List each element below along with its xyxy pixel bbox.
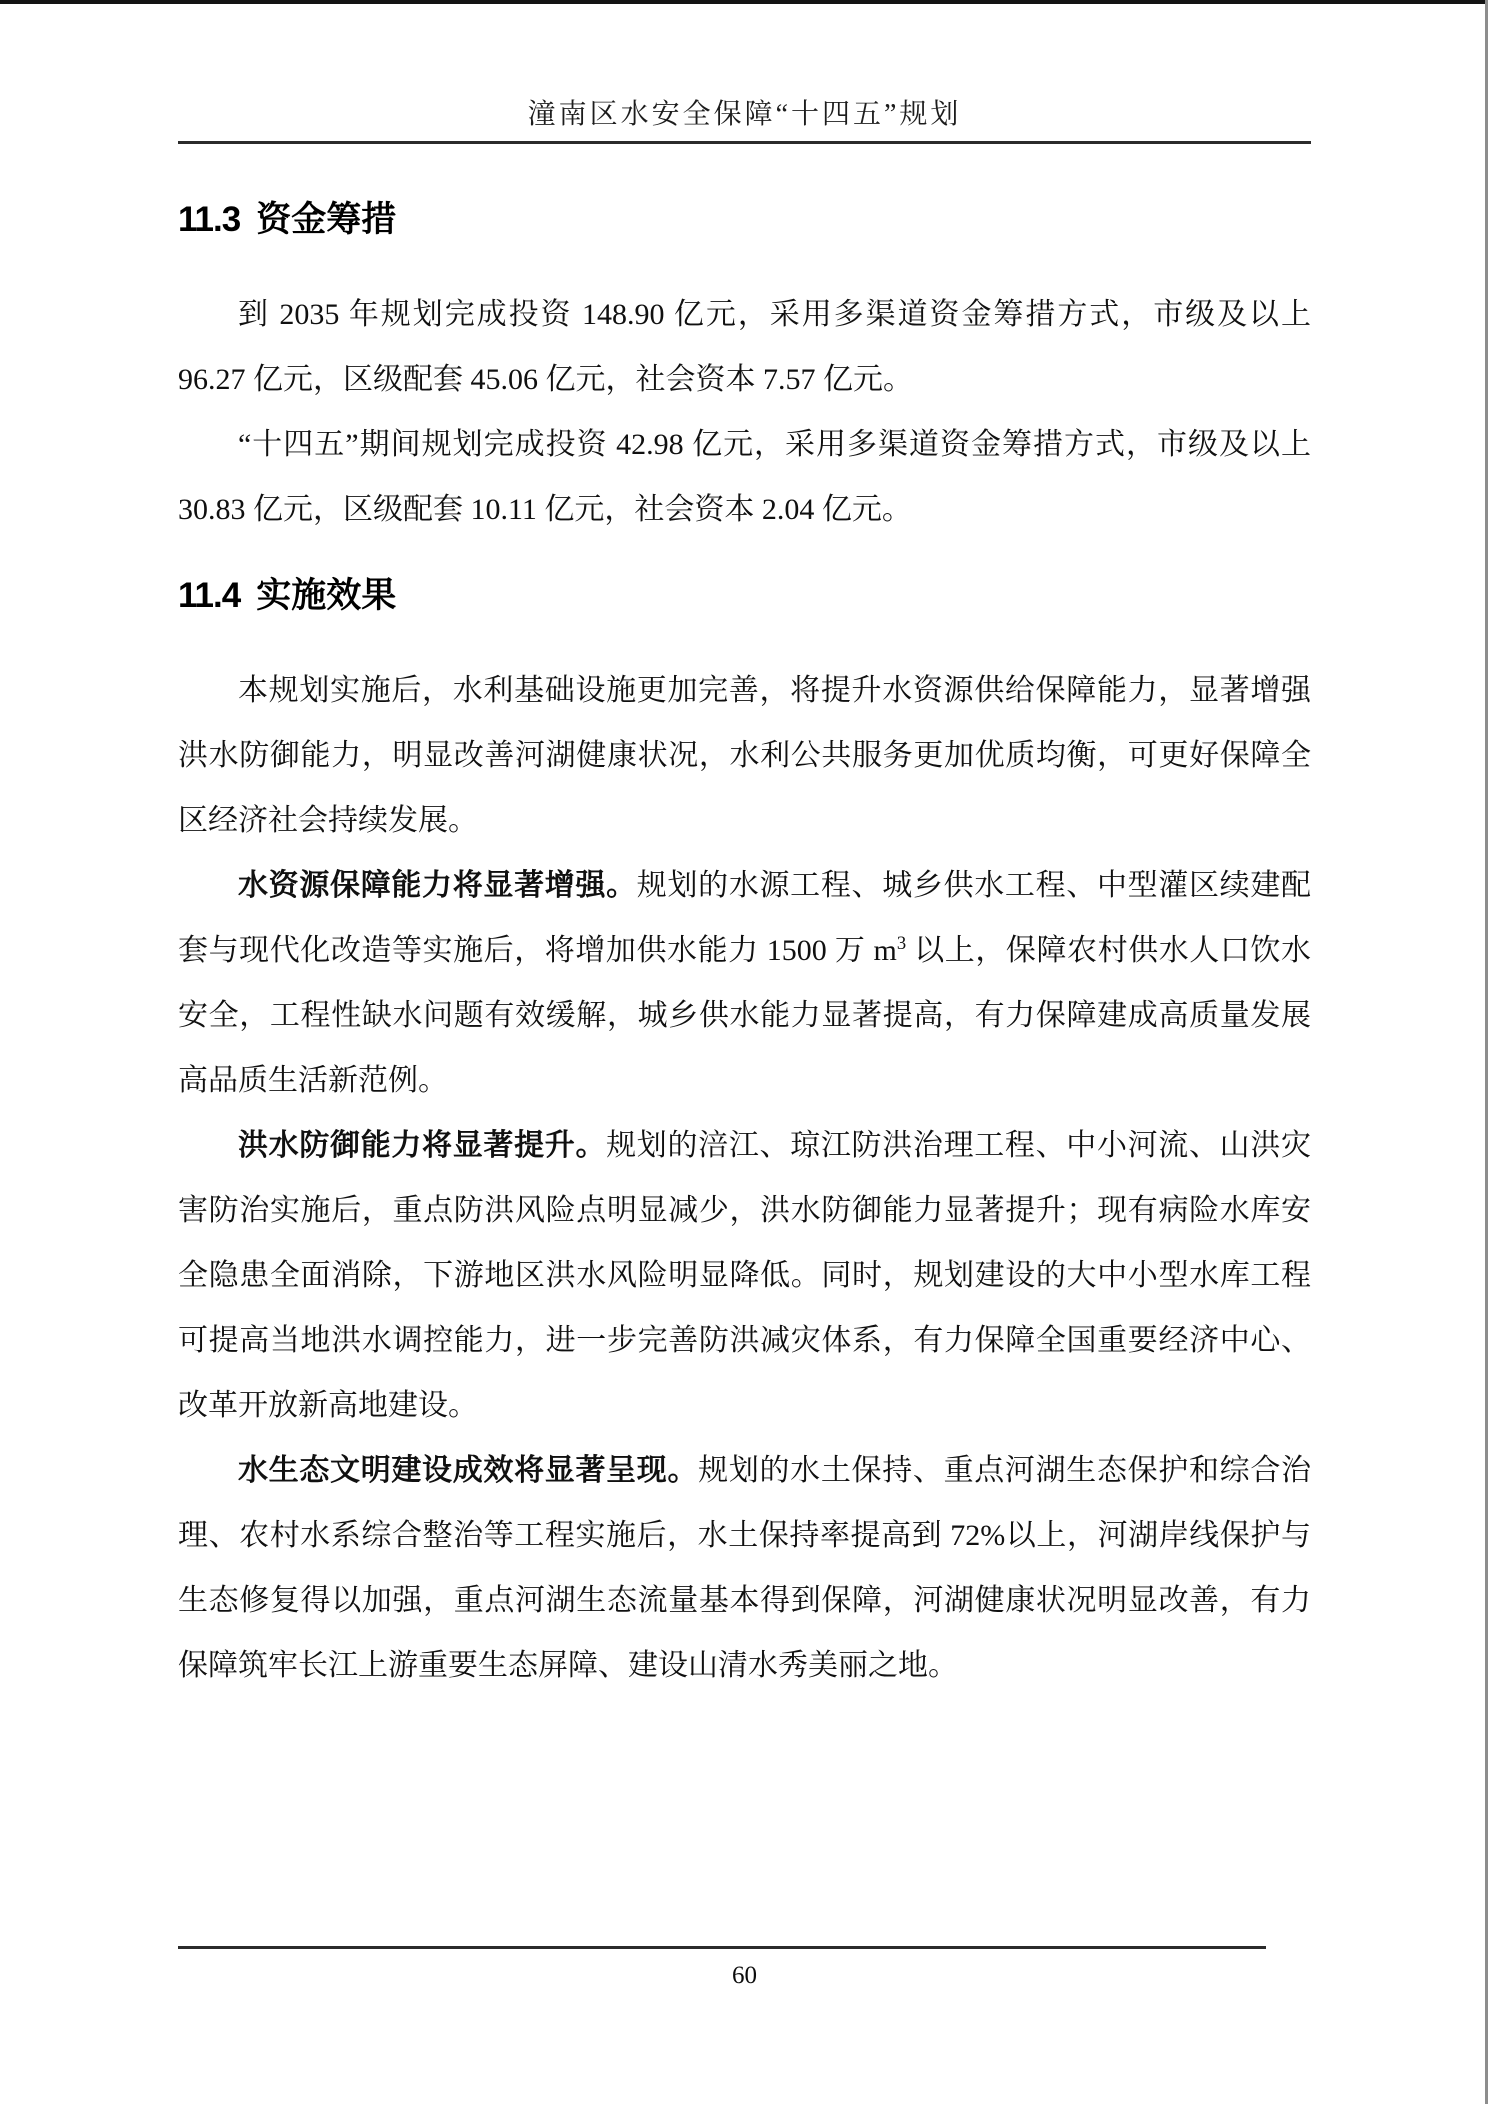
- running-header-title: 潼南区水安全保障“十四五”规划: [178, 98, 1311, 144]
- document-page: 潼南区水安全保障“十四五”规划 11.3资金筹措 到 2035 年规划完成投资 …: [0, 0, 1488, 2104]
- paragraph-funding-14-5: “十四五”期间规划完成投资 42.98 亿元，采用多渠道资金筹措方式，市级及以上…: [178, 412, 1311, 542]
- superscript-cubic: 3: [897, 933, 906, 954]
- section-heading-11-3: 11.3资金筹措: [178, 194, 1311, 246]
- scan-top-edge: [0, 0, 1488, 4]
- paragraph-text: 规划的涪江、琼江防洪治理工程、中小河流、山洪灾害防治实施后，重点防洪风险点明显减…: [178, 1129, 1311, 1422]
- paragraph-text: 规划的水土保持、重点河湖生态保护和综合治理、农村水系综合整治等工程实施后，水土保…: [178, 1454, 1311, 1682]
- page-number: 60: [178, 1956, 1311, 1996]
- paragraph-funding-2035: 到 2035 年规划完成投资 148.90 亿元，采用多渠道资金筹措方式，市级及…: [178, 282, 1311, 412]
- paragraph-lead: 水生态文明建设成效将显著呈现。: [238, 1454, 698, 1487]
- section-number: 11.3: [178, 200, 240, 239]
- paragraph-text: “十四五”期间规划完成投资 42.98 亿元，采用多渠道资金筹措方式，市级及以上…: [178, 428, 1311, 526]
- section-title: 实施效果: [256, 576, 396, 615]
- document-body: 11.3资金筹措 到 2035 年规划完成投资 148.90 亿元，采用多渠道资…: [178, 160, 1311, 1698]
- paragraph-text: 到 2035 年规划完成投资 148.90 亿元，采用多渠道资金筹措方式，市级及…: [178, 298, 1311, 396]
- paragraph-overall-effect: 本规划实施后，水利基础设施更加完善，将提升水资源供给保障能力，显著增强洪水防御能…: [178, 658, 1311, 853]
- section-heading-11-4: 11.4实施效果: [178, 570, 1311, 622]
- section-title: 资金筹措: [256, 200, 396, 239]
- footer-rule: [178, 1946, 1266, 1949]
- paragraph-lead: 水资源保障能力将显著增强。: [238, 869, 637, 902]
- paragraph-eco-civilization: 水生态文明建设成效将显著呈现。规划的水土保持、重点河湖生态保护和综合治理、农村水…: [178, 1438, 1311, 1698]
- section-number: 11.4: [178, 576, 240, 615]
- paragraph-water-supply: 水资源保障能力将显著增强。规划的水源工程、城乡供水工程、中型灌区续建配套与现代化…: [178, 853, 1311, 1113]
- paragraph-text: 本规划实施后，水利基础设施更加完善，将提升水资源供给保障能力，显著增强洪水防御能…: [178, 674, 1311, 837]
- paragraph-lead: 洪水防御能力将显著提升。: [238, 1129, 606, 1162]
- paragraph-flood-defense: 洪水防御能力将显著提升。规划的涪江、琼江防洪治理工程、中小河流、山洪灾害防治实施…: [178, 1113, 1311, 1438]
